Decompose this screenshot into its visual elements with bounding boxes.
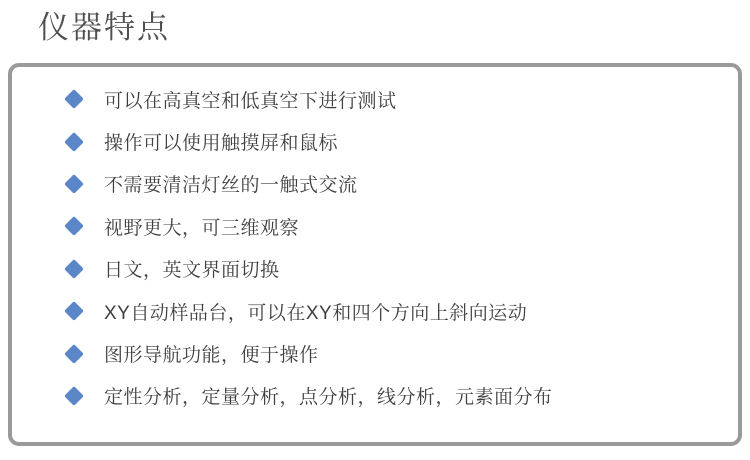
diamond-bullet-icon	[64, 301, 84, 321]
diamond-bullet-icon	[64, 344, 84, 364]
list-item-text: 图形导航功能，便于操作	[104, 340, 319, 367]
diamond-bullet-icon	[64, 174, 84, 194]
diamond-bullet-icon	[64, 259, 84, 279]
list-item: 不需要清洁灯丝的一触式交流	[12, 163, 738, 205]
list-item-text: 可以在高真空和低真空下进行测试	[104, 86, 397, 113]
list-item: 操作可以使用触摸屏和鼠标	[12, 120, 738, 162]
list-item-text: 定性分析，定量分析，点分析，线分析，元素面分布	[104, 382, 553, 409]
diamond-bullet-icon	[64, 386, 84, 406]
diamond-bullet-icon	[64, 132, 84, 152]
diamond-bullet-icon	[64, 89, 84, 109]
list-item: 可以在高真空和低真空下进行测试	[12, 78, 738, 120]
list-item-text: 日文，英文界面切换	[104, 255, 280, 282]
list-item: 日文，英文界面切换	[12, 248, 738, 290]
feature-list-box: 可以在高真空和低真空下进行测试 操作可以使用触摸屏和鼠标 不需要清洁灯丝的一触式…	[8, 63, 742, 446]
list-item: 视野更大，可三维观察	[12, 205, 738, 247]
page: 仪器特点 可以在高真空和低真空下进行测试 操作可以使用触摸屏和鼠标 不需要清洁灯…	[0, 0, 750, 460]
list-item-text: 不需要清洁灯丝的一触式交流	[104, 170, 358, 197]
list-item-text: 视野更大，可三维观察	[104, 213, 299, 240]
page-title: 仪器特点	[38, 2, 170, 47]
list-item-text: 操作可以使用触摸屏和鼠标	[104, 128, 338, 155]
diamond-bullet-icon	[64, 216, 84, 236]
list-item-text: XY自动样品台，可以在XY和四个方向上斜向运动	[104, 298, 527, 325]
list-item: 图形导航功能，便于操作	[12, 332, 738, 374]
list-item: 定性分析，定量分析，点分析，线分析，元素面分布	[12, 375, 738, 417]
list-item: XY自动样品台，可以在XY和四个方向上斜向运动	[12, 290, 738, 332]
